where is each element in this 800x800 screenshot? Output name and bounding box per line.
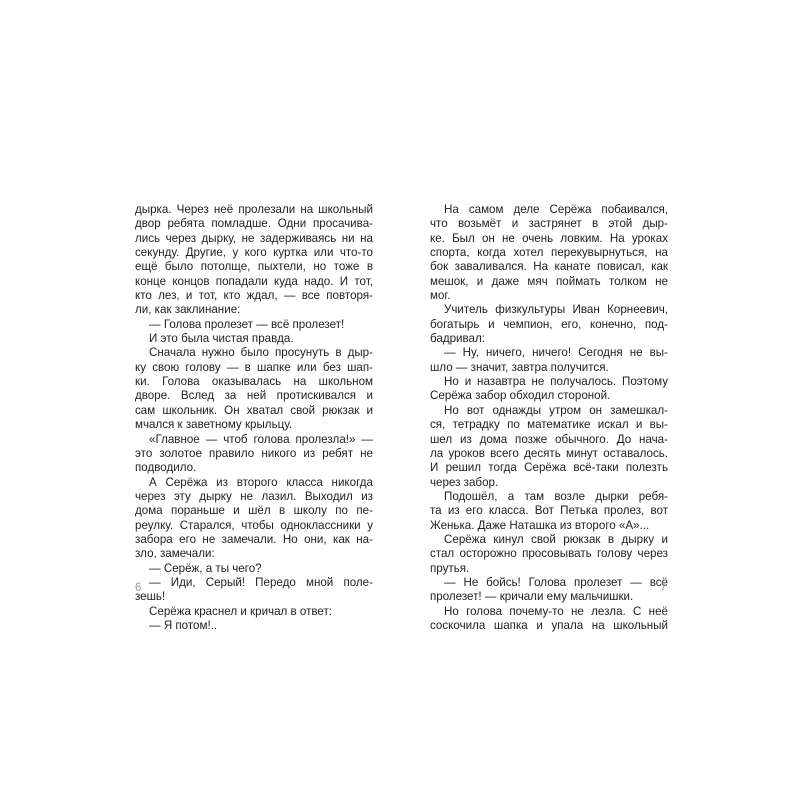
text-line: это золотое правило никого из ребят не: [135, 447, 373, 461]
text-line: мог.: [430, 289, 668, 303]
text-line: соскочила шапка и упала на школьный: [430, 619, 668, 633]
text-line: — Серёж, а ты чего?: [135, 562, 373, 576]
text-line: стал осторожно просовывать голову через: [430, 547, 668, 561]
text-line: прутья.: [430, 562, 668, 576]
text-line: пролезет! — кричали ему мальчишки.: [430, 590, 668, 604]
text-line: ли, как заклинание:: [135, 303, 373, 317]
left-page-number: 6: [135, 582, 141, 594]
text-line: секунду. Другие, у кого куртка или что-т…: [135, 246, 373, 260]
text-line: богатырь и чемпион, его, конечно, под-: [430, 318, 668, 332]
text-line: Серёжа забор обходил стороной.: [430, 389, 668, 403]
text-line: лись через дырку, не задерживаясь ни на: [135, 232, 373, 246]
text-line: ки. Голова оказывалась на школьном: [135, 375, 373, 389]
text-line: конце концов попадали куда надо. И тот,: [135, 275, 373, 289]
text-line: зешь!: [135, 590, 373, 604]
text-line: дворе. Вслед за ней протискивался и: [135, 389, 373, 403]
text-line: Женька. Даже Наташка из второго «А»...: [430, 519, 668, 533]
text-line: дома пораньше и шёл в школу по пе-: [135, 504, 373, 518]
text-line: ещё было потолще, пыхтели, но тоже в: [135, 260, 373, 274]
text-line: шел из дома позже обычного. До нача-: [430, 433, 668, 447]
text-line: «Главное — чтоб голова пролезла!» —: [135, 433, 373, 447]
text-line: через эту дырку не лазил. Выходил из: [135, 490, 373, 504]
text-line: — Иди, Серый! Передо мной поле-: [135, 576, 373, 590]
text-line: На самом деле Серёжа побаивался,: [430, 203, 668, 217]
right-page-number: 7: [660, 582, 666, 594]
text-line: что возьмёт и застрянет в этой дыр-: [430, 217, 668, 231]
text-line: И решил тогда Серёжа всё-таки полезть: [430, 461, 668, 475]
text-line: Серёжа кинул свой рюкзак в дырку и: [430, 533, 668, 547]
text-line: Серёжа краснел и кричал в ответ:: [135, 605, 373, 619]
text-line: — Голова пролезет — всё пролезет!: [135, 318, 373, 332]
text-line: бок заваливался. На канате повисал, как: [430, 260, 668, 274]
text-line: ся, тетрадку по математике искал и вы-: [430, 418, 668, 432]
text-line: мешок, и даже мяч поймать толком не: [430, 275, 668, 289]
text-line: бадривал:: [430, 332, 668, 346]
text-line: Но вот однажды утром он замешкал-: [430, 404, 668, 418]
text-line: дырка. Через неё пролезали на школьный: [135, 203, 373, 217]
text-line: Сначала нужно было просунуть в дыр-: [135, 346, 373, 360]
text-line: двор ребята помладше. Одни просачива-: [135, 217, 373, 231]
text-line: шло — значит, завтра получится.: [430, 361, 668, 375]
text-line: ла уроков всего десять минут оставалось.: [430, 447, 668, 461]
text-line: забора его не замечали. Но они, как на-: [135, 533, 373, 547]
text-line: кто лез, и тот, кто ждал, — все повторя-: [135, 289, 373, 303]
text-line: сам школьник. Он хватал свой рюкзак и: [135, 404, 373, 418]
text-line: Но голова почему-то не лезла. С неё: [430, 605, 668, 619]
text-line: через забор.: [430, 476, 668, 490]
text-line: — Не бойсь! Голова пролезет — всё: [430, 576, 668, 590]
text-line: А Серёжа из второго класса никогда: [135, 476, 373, 490]
text-line: ку свою голову — в шапке или без шап-: [135, 361, 373, 375]
text-line: мчался к заветному крыльцу.: [135, 418, 373, 432]
text-line: — Ну, ничего, ничего! Сегодня не вы-: [430, 346, 668, 360]
text-line: Учитель физкультуры Иван Корнеевич,: [430, 303, 668, 317]
text-line: ке. Был он не очень ловким. На уроках: [430, 232, 668, 246]
text-line: реулку. Старался, чтобы одноклассники у: [135, 519, 373, 533]
left-page-text: дырка. Через неё пролезали на школьныйдв…: [135, 203, 373, 633]
text-line: Но и назавтра не получалось. Поэтому: [430, 375, 668, 389]
text-line: Подошёл, а там возле дырки ребя-: [430, 490, 668, 504]
right-page-text: На самом деле Серёжа побаивался,что возь…: [430, 203, 668, 633]
text-line: подводило.: [135, 461, 373, 475]
text-line: И это была чистая правда.: [135, 332, 373, 346]
text-line: — Я потом!..: [135, 619, 373, 633]
text-line: спорта, когда хотел перекувырнуться, на: [430, 246, 668, 260]
text-line: та из его класса. Вот Петька пролез, вот: [430, 504, 668, 518]
text-line: зло, замечали:: [135, 547, 373, 561]
